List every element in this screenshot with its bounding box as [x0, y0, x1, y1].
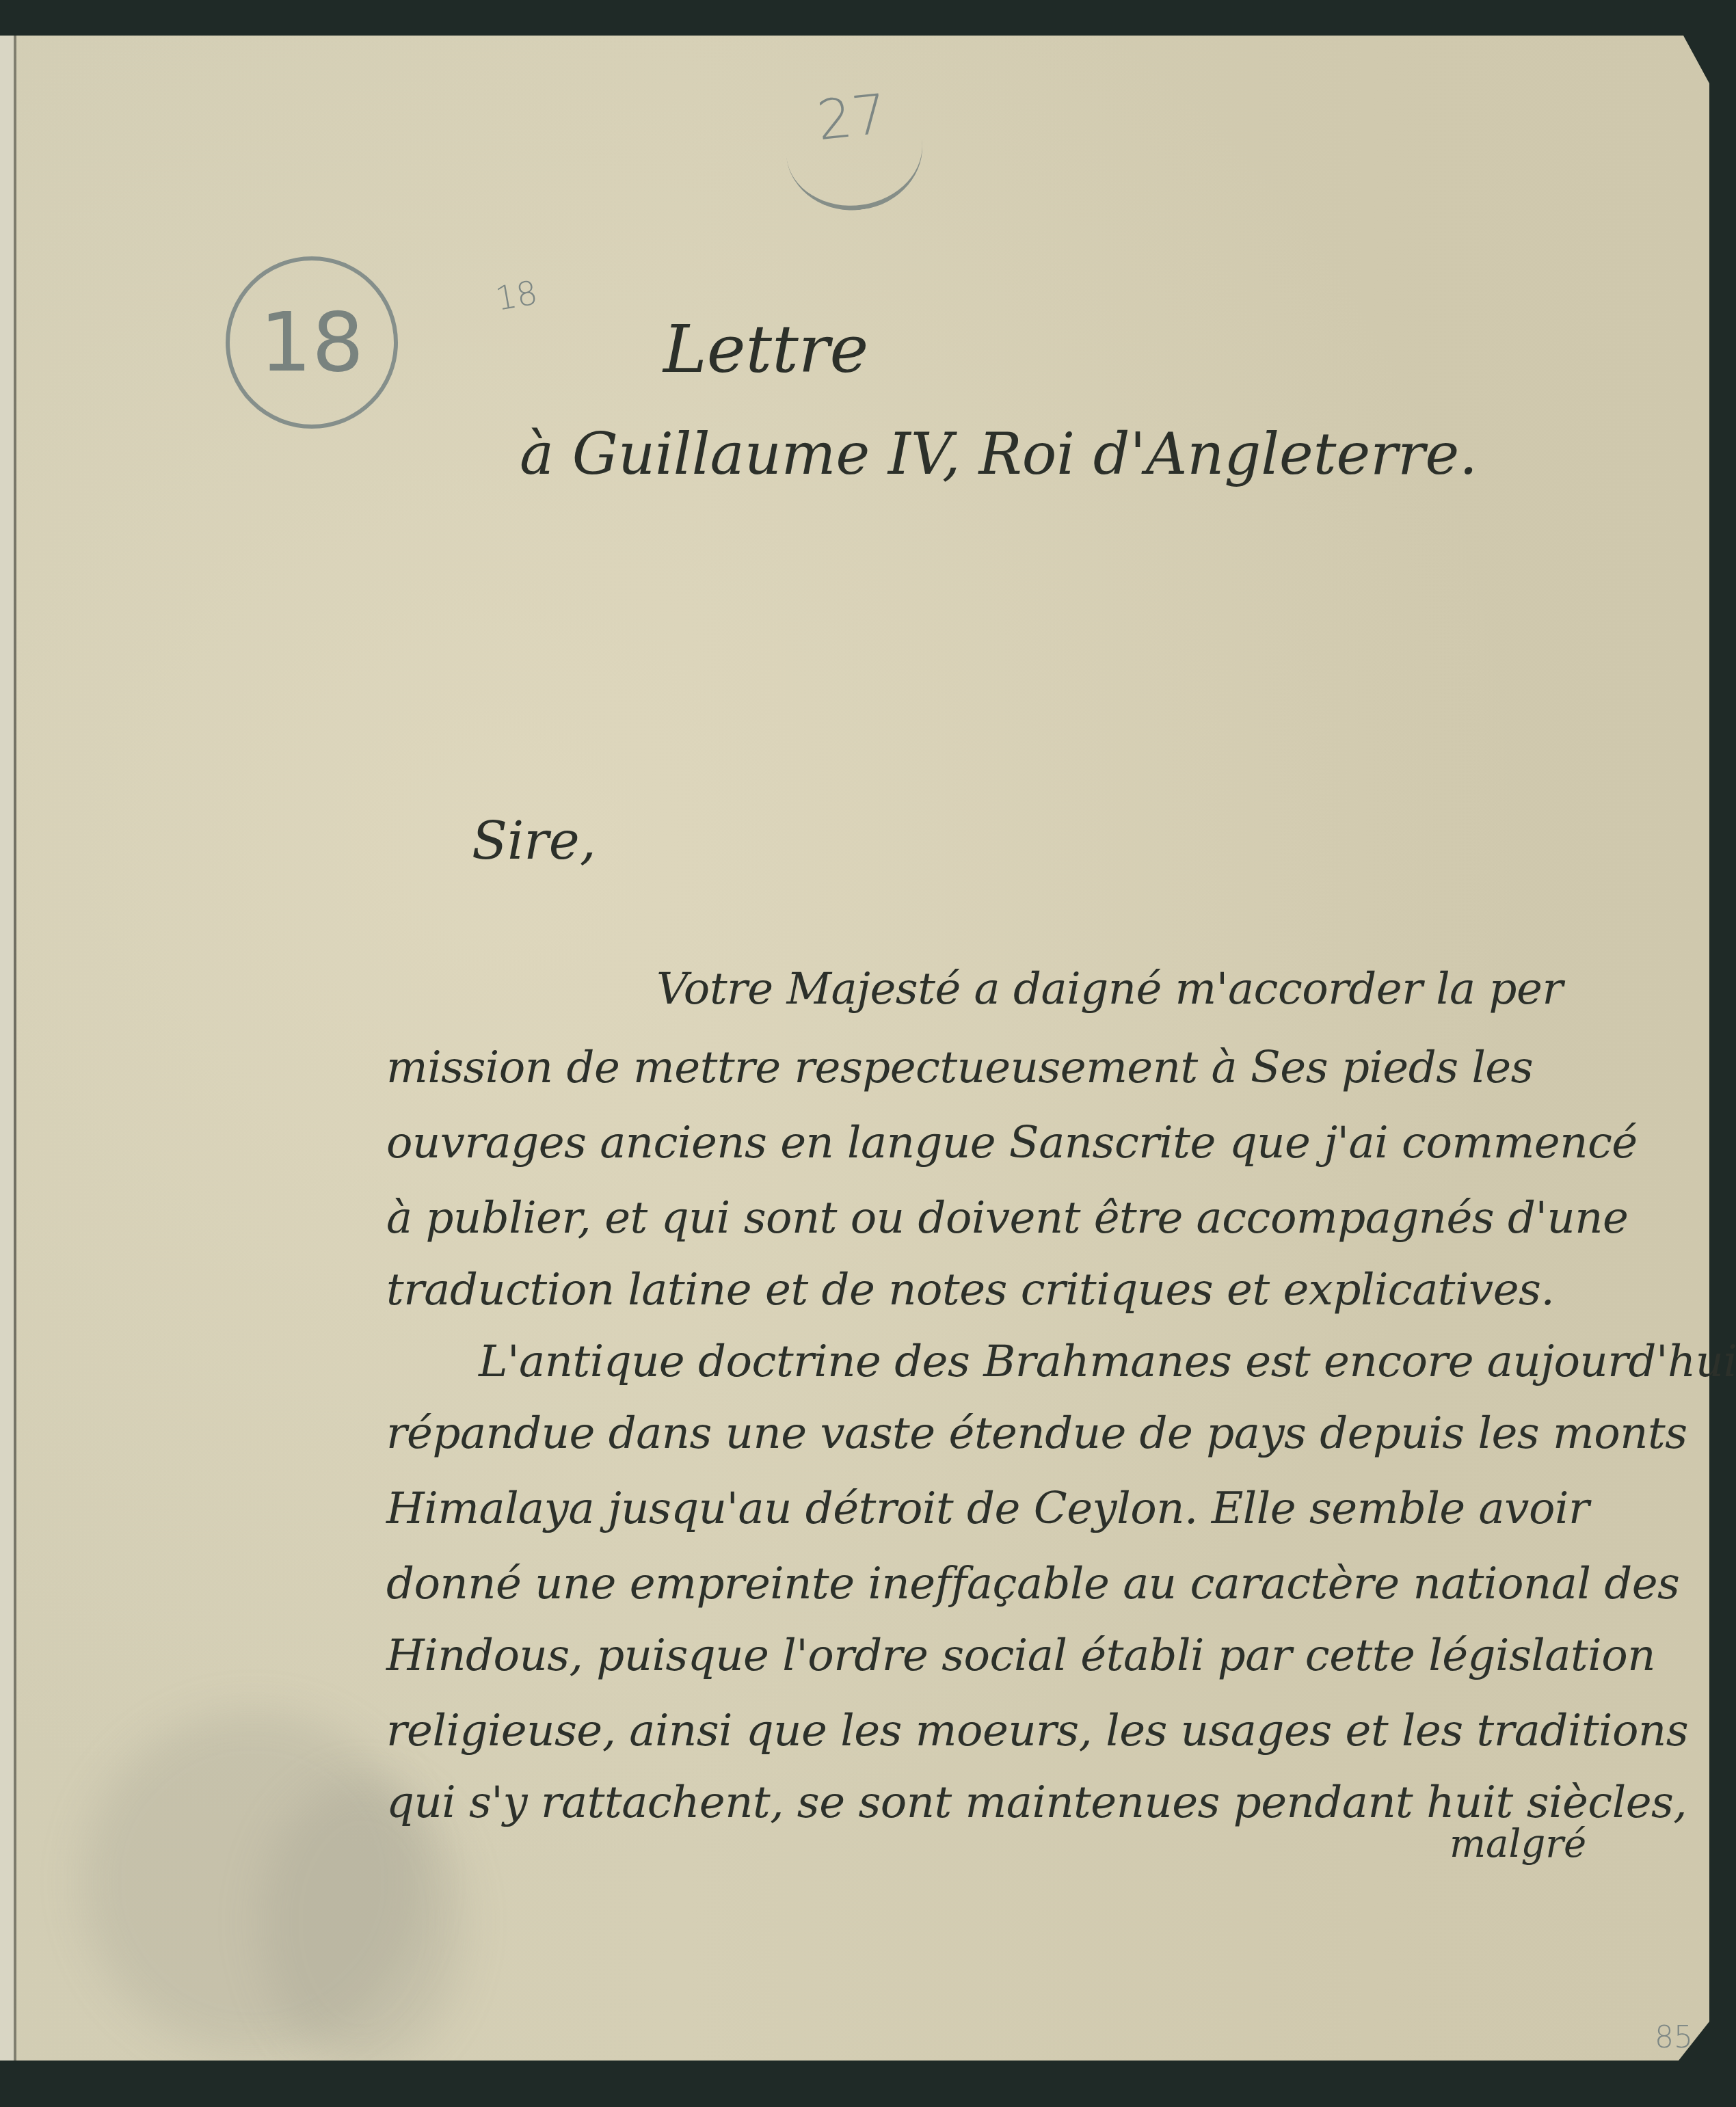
body-line: donné une empreinte ineffaçable au carac… [386, 1559, 1679, 1609]
binding-line [14, 36, 16, 2061]
body-line: répandue dans une vaste étendue de pays … [386, 1408, 1687, 1459]
adjacent-page-edge [0, 36, 15, 2061]
body-line: religieuse, ainsi que les moeurs, les us… [386, 1706, 1688, 1756]
pencil-small-number: 18 [493, 273, 541, 319]
pencil-bottom-number: 85 [1655, 2020, 1693, 2055]
letter-title: Lettre [663, 311, 868, 388]
body-line: L'antique doctrine des Brahmanes est enc… [479, 1337, 1736, 1387]
body-line: mission de mettre respectueusement à Ses… [386, 1043, 1533, 1093]
body-line: Himalaya jusqu'au détroit de Ceylon. Ell… [386, 1484, 1589, 1534]
body-line: ouvrages anciens en langue Sanscrite que… [386, 1118, 1638, 1168]
body-line: Votre Majesté a daigné m'accorder la per [656, 964, 1563, 1015]
body-line: Hindous, puisque l'ordre social établi p… [386, 1630, 1655, 1681]
circled-number-text: 18 [260, 295, 364, 390]
catchword: malgré [1450, 1822, 1586, 1866]
circled-page-number: 18 [226, 256, 398, 429]
letter-addressee: à Guillaume IV, Roi d'Angleterre. [520, 420, 1478, 487]
body-line: qui s'y rattachent, se sont maintenues p… [386, 1777, 1687, 1828]
body-line: traduction latine et de notes critiques … [386, 1265, 1554, 1315]
body-line: à publier, et qui sont ou doivent être a… [386, 1193, 1628, 1244]
salutation: Sire, [472, 810, 596, 871]
